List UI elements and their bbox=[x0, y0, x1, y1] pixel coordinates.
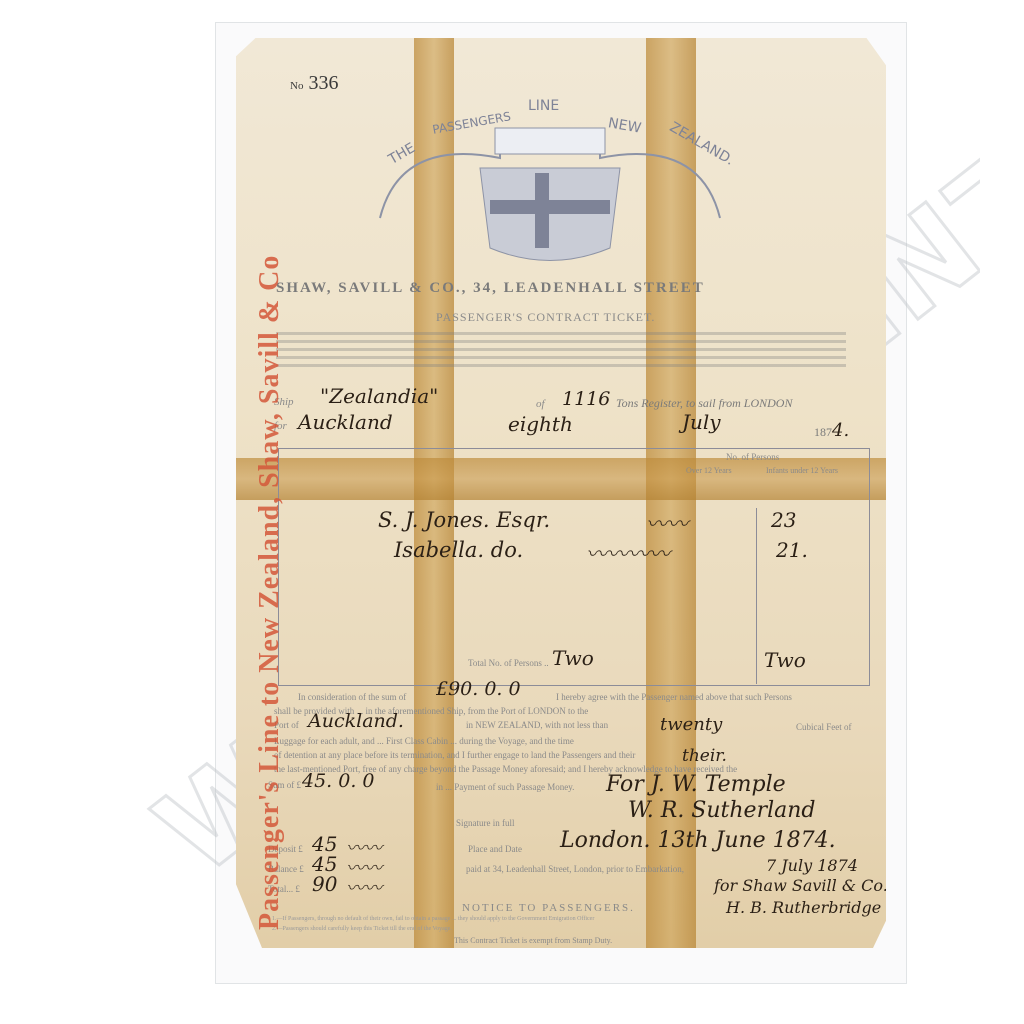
passenger-1-dash: 〰〰 bbox=[646, 508, 688, 538]
contract-line-1-rest: I hereby agree with the Passenger named … bbox=[556, 692, 792, 702]
sail-year-printed: 1874. bbox=[814, 420, 849, 441]
payment-line: in ... Payment of such Passage Money. bbox=[436, 782, 574, 792]
notice-note-1: 1.—If Passengers, through no default of … bbox=[272, 916, 594, 922]
passenger-1-age: 23 bbox=[771, 508, 796, 532]
place-date-label: Place and Date bbox=[468, 844, 522, 854]
total-value: 90 bbox=[312, 872, 337, 896]
endorse-signature: H. B. Rutherbridge bbox=[726, 898, 881, 917]
side-printed-title: Passenger's Line to New Zealand, Shaw, S… bbox=[254, 255, 286, 930]
destination: Auckland bbox=[298, 410, 393, 434]
contract-line-1: In consideration of the sum of bbox=[298, 692, 406, 702]
contract-line-3-rest: Cubical Feet of bbox=[796, 722, 852, 732]
agent-signature-line-1: For J. W. Temple bbox=[606, 772, 786, 797]
passenger-2-name: Isabella. do. bbox=[394, 538, 523, 562]
stamp-exempt-line: This Contract Ticket is exempt from Stam… bbox=[454, 936, 612, 945]
their-hand: their. bbox=[682, 746, 727, 766]
contract-sum: £90. 0. 0 bbox=[436, 678, 521, 700]
total-persons-label: Total No. of Persons .. bbox=[468, 658, 549, 668]
table-col-over-12: Over 12 Years bbox=[686, 466, 732, 475]
total-dash: 〰〰 bbox=[346, 874, 382, 900]
notice-title: NOTICE TO PASSENGERS. bbox=[462, 902, 635, 914]
endorse-date: 7 July 1874 bbox=[766, 856, 858, 875]
agent-signature-line-2: W. R. Sutherland bbox=[628, 798, 816, 823]
contract-line-5: of detention at any place before its ter… bbox=[274, 750, 635, 760]
sail-month: July bbox=[682, 410, 721, 434]
cubic-feet-value: twenty bbox=[660, 714, 722, 735]
endorse-for: for Shaw Savill & Co. bbox=[714, 876, 888, 895]
contract-line-3: in NEW ZEALAND, with not less than bbox=[466, 720, 608, 730]
contract-line-4: Luggage for each adult, and ... First Cl… bbox=[274, 736, 574, 746]
signature-label: Signature in full bbox=[456, 818, 515, 828]
table-header-persons: No. of Persons bbox=[726, 452, 779, 462]
sail-day: eighth bbox=[508, 412, 573, 436]
ticket-title: PASSENGER'S CONTRACT TICKET. bbox=[436, 310, 655, 325]
endorse-text: paid at 34, Leadenhall Street, London, p… bbox=[466, 864, 684, 874]
notice-note-2: 2.—Passengers should carefully keep this… bbox=[272, 926, 452, 932]
tons-suffix: Tons Register, to sail from LONDON bbox=[616, 396, 792, 411]
tons-prefix: of bbox=[536, 398, 545, 410]
passenger-2-age: 21. bbox=[776, 538, 808, 562]
total-persons-value: Two bbox=[552, 646, 594, 670]
ticket-number: No 336 bbox=[290, 72, 338, 95]
passenger-1-name: S. J. Jones. Esqr. bbox=[378, 508, 550, 532]
banner-line: LINE bbox=[528, 98, 559, 114]
sum-of-value: 45. 0. 0 bbox=[302, 770, 375, 792]
ship-name: "Zealandia" bbox=[320, 384, 438, 408]
passenger-2-dash: 〰〰〰〰 bbox=[586, 538, 670, 568]
ship-tons: 1116 bbox=[562, 388, 610, 410]
total-persons-col-value: Two bbox=[764, 648, 806, 672]
port-value: Auckland. bbox=[308, 710, 404, 732]
contract-ticket: No 336 LINE THE PASSENGERS NEW ZEALAND. … bbox=[236, 38, 886, 948]
place-date-value: London. 13th June 1874. bbox=[560, 828, 836, 853]
company-line: SHAW, SAVILL & CO., 34, LEADENHALL STREE… bbox=[276, 280, 705, 297]
table-col-infants: Infants under 12 Years bbox=[766, 466, 838, 475]
